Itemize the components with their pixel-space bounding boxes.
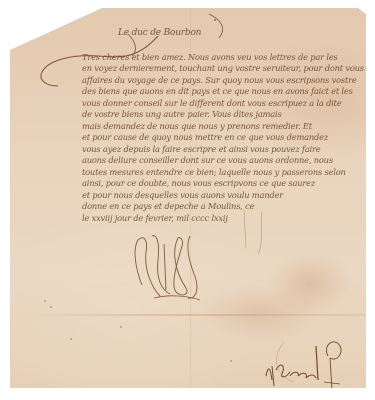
body-line: Tres cheres et bien amez. Nous avons veu… <box>82 52 366 62</box>
body-line: affaires du voyage de ce pays. Sur quoy … <box>82 75 366 85</box>
body-line: et pour cause de quoy nous mettre en ce … <box>82 132 366 142</box>
manuscript-paper: Le duc de Bourbon Tres cheres et bien am… <box>10 8 366 388</box>
foxing-spot <box>230 360 232 362</box>
foxing-spot <box>120 326 122 328</box>
letter-heading: Le duc de Bourbon <box>118 28 238 38</box>
body-line: et pour nous desquelles vous auons voulu… <box>82 190 366 200</box>
foxing-spot <box>50 306 52 308</box>
body-line: des biens que auons en dit pays et ce qu… <box>82 86 366 96</box>
body-line: ainsi, pour ce doubte, nous vous escripv… <box>82 178 366 188</box>
body-line: mais demandez de nous que nous y prenons… <box>82 121 366 131</box>
body-line: toutes mesures entendre ce bien; laquell… <box>82 167 366 177</box>
secretary-signature <box>264 336 354 391</box>
body-line: de vostre biens ung autre paier. Vous di… <box>82 109 366 119</box>
horizontal-fold-line <box>10 314 366 316</box>
faint-stroke <box>240 208 270 258</box>
body-line: vous donner conseil sur le different don… <box>82 98 366 108</box>
body-line: vous ayez depuis la faire escripre et ai… <box>82 144 366 154</box>
body-line: en voyez dernierement, touchant ung vost… <box>82 63 366 73</box>
body-line: auons deliure conseiller dont sur ce vou… <box>82 155 366 165</box>
foxing-spot <box>70 338 72 340</box>
body-line: donne en ce pays et depeche a Moulins, c… <box>82 201 366 211</box>
foxing-spot <box>44 300 46 302</box>
royal-signature <box>130 230 210 305</box>
